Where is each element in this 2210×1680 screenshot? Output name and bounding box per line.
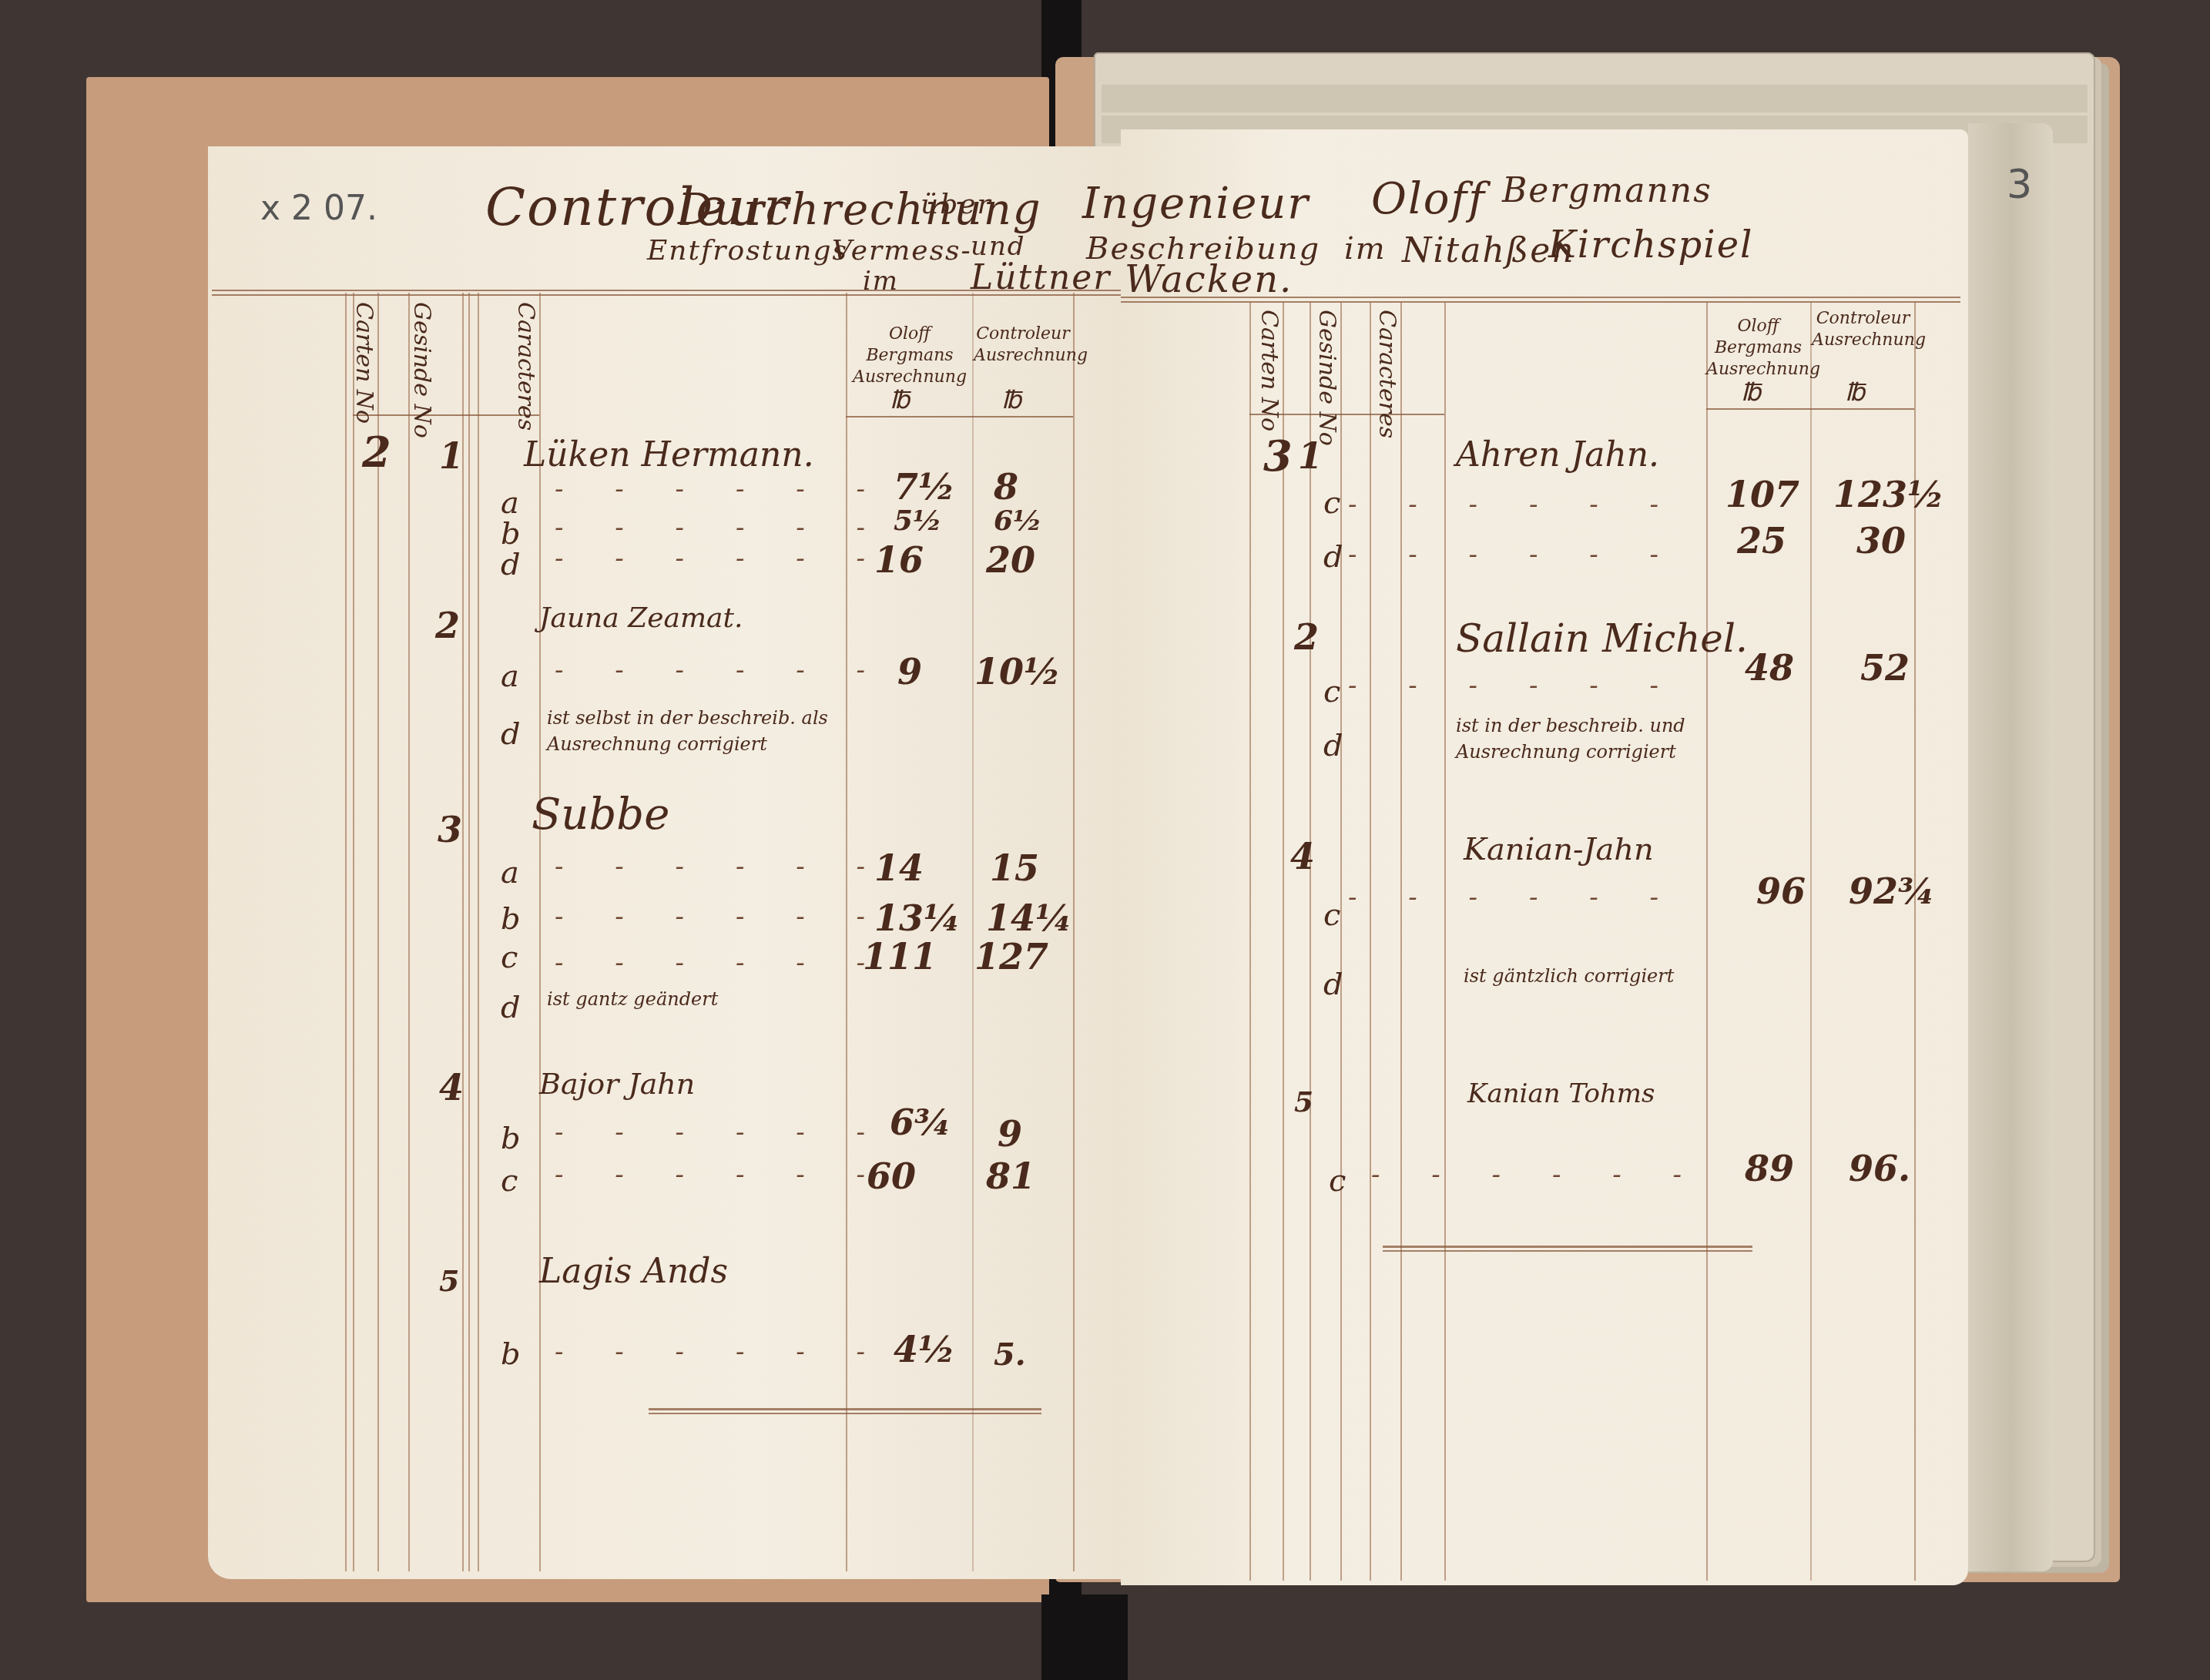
farm-name: Lüken Hermann. xyxy=(524,435,814,474)
column-rule xyxy=(462,293,464,1571)
header-rule xyxy=(1121,301,1960,303)
header-caracteres: Caracteres xyxy=(512,302,539,431)
column-rule xyxy=(468,293,470,1571)
gesinde-number: 1 xyxy=(1298,435,1323,477)
header-carten: Carten No xyxy=(1256,310,1283,431)
unit-symbol: ℔ xyxy=(1001,385,1021,414)
header-carten: Carten No xyxy=(350,302,377,424)
total-rule xyxy=(1383,1246,1752,1248)
book-spine-gap-bottom xyxy=(1041,1594,1128,1680)
unit-symbol: ℔ xyxy=(890,385,910,414)
farm-name: Lagis Ands xyxy=(539,1252,728,1291)
column-rule xyxy=(377,293,379,1571)
column-rule xyxy=(1310,302,1311,1581)
column-rule xyxy=(1073,293,1075,1571)
column-header-rule xyxy=(1706,408,1914,410)
column-rule xyxy=(345,293,347,1571)
column-rule xyxy=(1706,302,1708,1581)
column-rule xyxy=(1810,302,1812,1581)
gesinde-number: 5 xyxy=(439,1263,459,1298)
correction-note: ist in der beschreib. und Ausrechnung co… xyxy=(1456,713,1702,765)
header-caracteres: Caracteres xyxy=(1373,310,1400,438)
farm-name: Bajor Jahn xyxy=(539,1067,695,1101)
correction-note: ist gäntzlich corrigiert xyxy=(1464,963,1674,989)
column-rule xyxy=(353,293,354,1571)
correction-note: ist gantz geändert xyxy=(547,986,718,1012)
header-rule xyxy=(212,290,1121,291)
total-rule xyxy=(1383,1250,1752,1252)
farm-name: Sallain Michel. xyxy=(1456,616,1748,661)
gesinde-number: 1 xyxy=(439,435,464,477)
farm-name: Kanian-Jahn xyxy=(1464,832,1654,867)
carten-number: 3 xyxy=(1263,431,1293,481)
gesinde-number: 2 xyxy=(1294,616,1319,658)
header-controleur: Controleur Ausrechnung xyxy=(1812,308,1914,351)
column-rule xyxy=(1249,302,1251,1581)
gesinde-number: 4 xyxy=(439,1067,464,1108)
header-gesinde: Gesinde No xyxy=(408,302,435,438)
page-fore-edge xyxy=(1968,123,2053,1571)
total-rule xyxy=(649,1408,1041,1410)
column-rule xyxy=(539,293,541,1571)
farm-name: Ahren Jahn. xyxy=(1456,435,1659,474)
header-rule xyxy=(212,294,1121,296)
total-rule xyxy=(649,1413,1041,1414)
header-rule xyxy=(1121,297,1960,298)
farm-name: Subbe xyxy=(532,790,669,840)
column-rule xyxy=(972,293,974,1571)
farm-name: Jauna Zeamat. xyxy=(539,602,743,634)
page-number: 3 xyxy=(2007,162,2032,208)
header-controleur: Controleur Ausrechnung xyxy=(974,324,1072,367)
folio-pencil-mark: x 2 07. xyxy=(260,189,377,228)
gesinde-number: 2 xyxy=(435,605,460,646)
header-bergmann: Oloff Bergmans Ausrechnung xyxy=(847,324,972,388)
column-rule xyxy=(408,293,410,1571)
header-bergmann: Oloff Bergmans Ausrechnung xyxy=(1706,316,1810,381)
unit-symbol: ℔ xyxy=(1741,377,1761,407)
gesinde-number: 3 xyxy=(438,809,462,850)
gesinde-number: 5 xyxy=(1294,1086,1313,1118)
page-stack-edge xyxy=(1102,85,2088,112)
unit-symbol: ℔ xyxy=(1845,377,1865,407)
column-rule xyxy=(478,293,479,1571)
farm-name: Kanian Tohms xyxy=(1467,1078,1655,1109)
column-rule xyxy=(1283,302,1284,1581)
column-header-rule xyxy=(353,414,539,416)
correction-note: ist selbst in der beschreib. als Ausrech… xyxy=(547,705,843,757)
carten-number: 2 xyxy=(362,428,391,477)
column-header-rule xyxy=(846,416,1073,417)
gesinde-number: 4 xyxy=(1290,836,1315,877)
header-gesinde: Gesinde No xyxy=(1313,310,1340,446)
